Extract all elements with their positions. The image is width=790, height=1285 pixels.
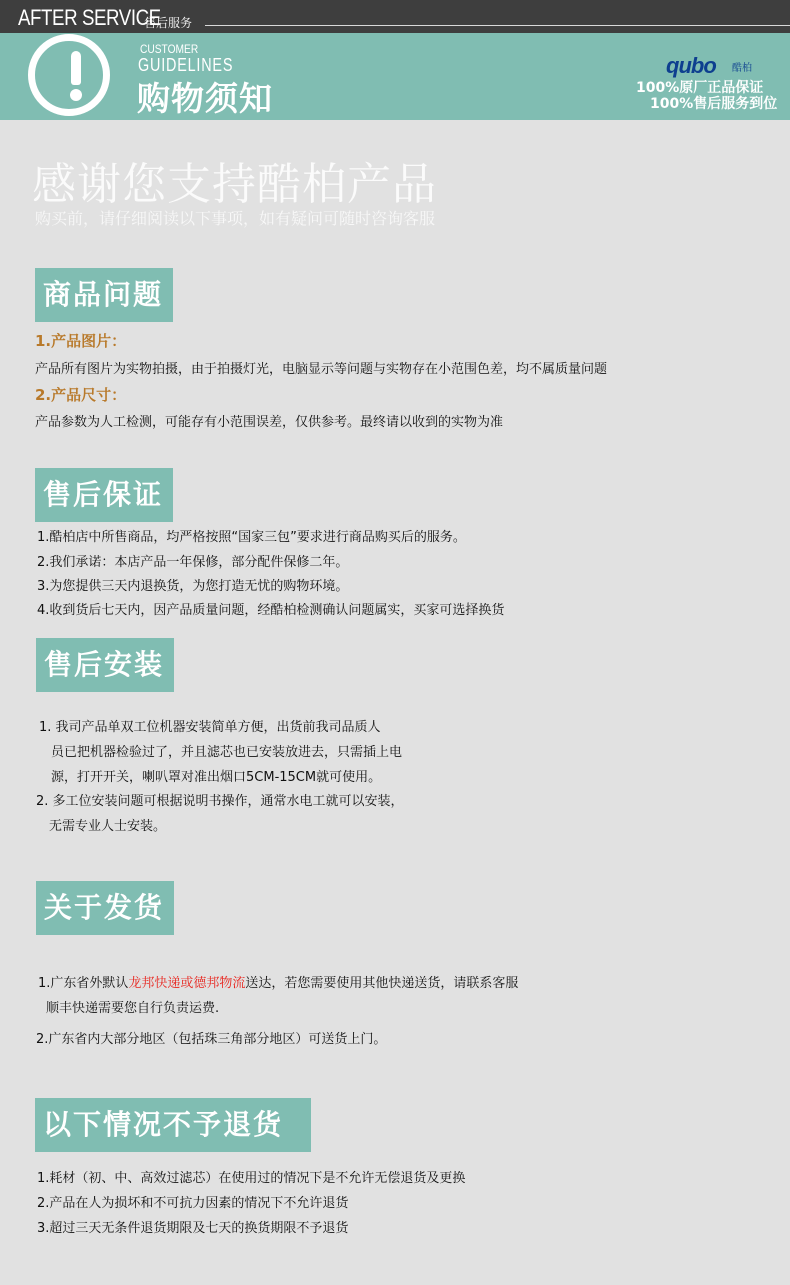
banner-subtitle-1: CUSTOMER xyxy=(140,42,198,56)
list-item: 源，打开开关，喇叭罩对准出烟口5CM-15CM就可使用。 xyxy=(51,766,381,785)
courier-highlight: 龙邦快递或德邦物流 xyxy=(128,976,245,991)
list-item: 2. 多工位安装问题可根据说明书操作，通常水电工就可以安装， xyxy=(36,790,404,809)
intro-subtitle: 购买前，请仔细阅读以下事项，如有疑问可随时咨询客服 xyxy=(35,206,435,229)
list-item: 顺丰快递需要您自行负责运费. xyxy=(46,997,219,1016)
header-title-en: AFTER SERVICE xyxy=(18,5,161,31)
brand-logo-cn: 酷柏 xyxy=(732,59,752,74)
section-heading-no-return: 以下情况不予退货 xyxy=(35,1098,311,1152)
paragraph: 产品参数为人工检测，可能存有小范围误差，仅供参考。最终请以收到的实物为准 xyxy=(35,411,503,430)
subhead-product-size: 2.产品尺寸： xyxy=(35,384,126,405)
section-heading-installation: 售后安装 xyxy=(36,638,174,692)
list-item: 4.收到货后七天内，因产品质量问题，经酷柏检测确认问题属实，买家可选择换货 xyxy=(37,599,504,618)
header-title-cn: 售后服务 xyxy=(144,14,192,31)
section-heading-shipping: 关于发货 xyxy=(36,881,174,935)
top-bar: AFTER SERVICE 售后服务 xyxy=(0,0,790,33)
intro-title: 感谢您支持酷柏产品 xyxy=(32,148,437,212)
list-item: 2.产品在人为损坏和不可抗力因素的情况下不允许退货 xyxy=(37,1192,348,1211)
list-item: 无需专业人士安装。 xyxy=(49,815,166,834)
list-item: 3.超过三天无条件退货期限及七天的换货期限不予退货 xyxy=(37,1217,348,1236)
subhead-product-images: 1.产品图片： xyxy=(35,330,126,351)
list-item: 1.酷柏店中所售商品，均严格按照“国家三包”要求进行商品购买后的服务。 xyxy=(37,526,466,545)
slogan-2: 100%售后服务到位 xyxy=(650,93,777,113)
list-item: 1. 我司产品单双工位机器安装简单方便，出货前我司品质人 xyxy=(39,716,381,735)
banner-title: 购物须知 xyxy=(137,73,273,120)
list-item: 3.为您提供三天内退换货，为您打造无忧的购物环境。 xyxy=(37,575,348,594)
list-item: 2.我们承诺：本店产品一年保修，部分配件保修二年。 xyxy=(37,551,348,570)
section-heading-after-sales-guarantee: 售后保证 xyxy=(35,468,173,522)
header-divider xyxy=(205,25,790,26)
list-item: 1.耗材（初、中、高效过滤芯）在使用过的情况下是不允许无偿退货及更换 xyxy=(37,1167,465,1186)
list-item: 1.广东省外默认龙邦快递或德邦物流送达，若您需要使用其他快递送货，请联系客服 xyxy=(38,972,518,991)
exclamation-circle-icon xyxy=(28,34,110,116)
brand-logo: qubo xyxy=(666,53,716,79)
guidelines-banner: CUSTOMER GUIDELINES 购物须知 qubo 酷柏 100%原厂正… xyxy=(0,33,790,120)
list-item: 2.广东省内大部分地区（包括珠三角部分地区）可送货上门。 xyxy=(36,1028,386,1047)
section-heading-product-issues: 商品问题 xyxy=(35,268,173,322)
paragraph: 产品所有图片为实物拍摄，由于拍摄灯光，电脑显示等问题与实物存在小范围色差，均不属… xyxy=(35,358,607,377)
list-item: 员已把机器检验过了，并且滤芯也已安装放进去，只需插上电 xyxy=(51,741,402,760)
